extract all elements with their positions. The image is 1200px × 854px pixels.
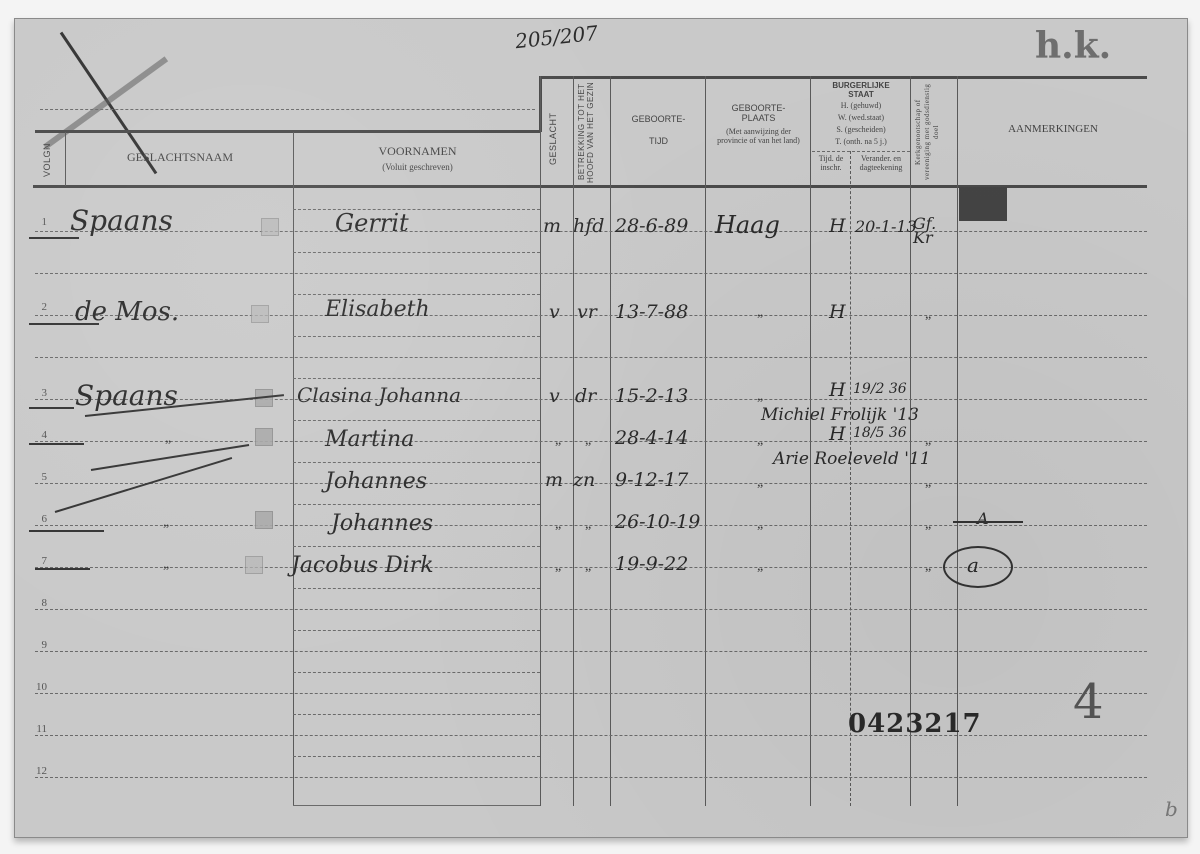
church-ditto: „ (925, 433, 931, 449)
header-bs-h: H. (gehuwd) (812, 101, 910, 110)
row-number: 3 (21, 387, 47, 399)
spouse-note: Michiel Frolijk '13 (761, 405, 919, 425)
header-geboorteplaats-2: PLAATS (707, 113, 810, 123)
relation: hfd (573, 215, 604, 237)
given-names: Martina (325, 427, 414, 452)
header-top-rule-left (35, 130, 541, 133)
birth-place-ditto: „ (757, 475, 763, 491)
header-top-rule-right (539, 76, 1147, 79)
birth-date: 15-2-13 (615, 385, 688, 407)
header-aanmerkingen: AANMERKINGEN (959, 124, 1147, 134)
header-geslacht: GESLACHT (549, 99, 563, 179)
given-names: Johannes (331, 511, 433, 536)
status-change-date: 20-1-13 (855, 217, 917, 236)
row-number: 4 (21, 429, 47, 441)
header-burgerlijke-staat-2: STAAT (812, 90, 910, 100)
stamp-box (261, 218, 279, 236)
header-bs-t: T. (onth. na 5 j.) (812, 137, 910, 146)
row-number: 11 (21, 723, 47, 735)
header-bs-tijd: Tijd. de inschr. (812, 154, 850, 172)
row-number: 7 (21, 555, 47, 567)
stamp-box (251, 305, 269, 323)
remark: a (967, 553, 979, 577)
header-bs-s: S. (gescheiden) (812, 125, 910, 134)
header-geboorteplaats-1: GEBOORTE- (707, 103, 810, 113)
relation: dr (575, 385, 596, 407)
church-ditto: „ (925, 559, 931, 575)
spouse-note: Arie Roeleveld '11 (773, 449, 931, 469)
margin-mark: 4 (1073, 674, 1104, 730)
status-change-date: 19/2 36 (853, 381, 907, 397)
header-geboortetijd-2: TIJD (612, 136, 705, 146)
birth-place-ditto: „ (757, 517, 763, 533)
birth-date: 28-6-89 (615, 215, 688, 237)
status-change-date: 18/5 36 (853, 425, 907, 441)
given-names: Clasina Johanna (297, 383, 461, 407)
header-bs-w: W. (wed.staat) (812, 113, 910, 122)
stamp-box (255, 428, 273, 446)
row-mark (29, 407, 74, 409)
given-names: Elisabeth (325, 297, 430, 322)
birth-place-ditto: „ (757, 305, 763, 321)
birth-date: 28-4-14 (615, 427, 688, 449)
relation-ditto: „ (585, 559, 591, 575)
header-kerkgenootschap: Kerkgenootschap of vereeniging met godsd… (914, 81, 954, 183)
row-mark (29, 237, 79, 239)
bs-subdivider (812, 151, 910, 152)
row-mark (29, 443, 84, 445)
stamp-box (255, 511, 273, 529)
church: Gf. Kr (913, 217, 953, 245)
marital-status: H (829, 215, 846, 237)
crossout-stroke (43, 56, 168, 149)
header-bs-verander: Verander. en dagteekening (852, 154, 910, 172)
birth-place: Haag (715, 211, 780, 239)
remark: A (977, 509, 989, 528)
sex: v (549, 385, 560, 407)
relation-ditto: „ (585, 433, 591, 449)
sex-ditto: „ (555, 517, 561, 533)
corner-mark: b (1165, 797, 1178, 821)
col-divider (65, 132, 66, 186)
header-volgnummer: VOLGN (43, 137, 57, 183)
birth-date: 26-10-19 (615, 511, 700, 533)
header-betrekking: BETREKKING TOT HET HOOFD VAN HET GEZIN (577, 81, 607, 183)
header-dotted-line (40, 109, 535, 110)
header-geslachtsnaam: GESLACHTSNAAM (67, 152, 293, 162)
remark-strike (953, 521, 1023, 523)
stamp-code: h.k. (1035, 25, 1111, 67)
header-geboorteplaats-sub: (Met aanwijzing der provincie of van het… (713, 127, 804, 145)
stamp-box (245, 556, 263, 574)
row-number: 9 (21, 639, 47, 651)
birth-date: 19-9-22 (615, 553, 688, 575)
surname-ditto: „ (163, 515, 169, 531)
church-ditto: „ (925, 517, 931, 533)
sex: v (549, 301, 560, 323)
marital-status: H (829, 301, 846, 323)
serial-number: 0423217 (848, 709, 982, 739)
birth-date: 13-7-88 (615, 301, 688, 323)
relation: zn (573, 469, 595, 491)
row-number: 1 (21, 216, 47, 228)
church-ditto: „ (925, 475, 931, 491)
sex-ditto: „ (555, 559, 561, 575)
row-number: 5 (21, 471, 47, 483)
surname: Spaans (70, 204, 173, 237)
marital-status: H (829, 423, 846, 445)
surname-ditto: „ (163, 557, 169, 573)
header-voornamen: VOORNAMEN (295, 146, 540, 156)
given-names: Gerrit (335, 209, 409, 237)
row-number: 6 (21, 513, 47, 525)
church-ditto: „ (925, 307, 931, 323)
strikethrough (91, 444, 249, 471)
ink-blot (959, 187, 1007, 221)
sex-ditto: „ (555, 433, 561, 449)
relation: vr (577, 301, 597, 323)
birth-place-ditto: „ (757, 433, 763, 449)
surname-ditto: „ (165, 431, 171, 447)
birth-place-ditto: „ (757, 389, 763, 405)
row-number: 10 (21, 681, 47, 693)
surname: de Mos. (75, 297, 179, 327)
col-divider (850, 151, 851, 806)
col-divider (293, 132, 294, 806)
header-geboortetijd-1: GEBOORTE- (612, 114, 705, 124)
marital-status: H (829, 379, 846, 401)
registration-card: 205/207 h.k. VOLGN GESLACHTSNAAM VOORNAM… (14, 18, 1188, 838)
strikethrough (55, 457, 233, 513)
row-mark (35, 568, 90, 570)
file-reference: 205/207 (514, 21, 599, 54)
given-names: Johannes (325, 469, 427, 494)
row-number: 12 (21, 765, 47, 777)
birth-date: 9-12-17 (615, 469, 688, 491)
row-number: 8 (21, 597, 47, 609)
given-names: Jacobus Dirk (291, 553, 434, 578)
row-mark (29, 530, 104, 532)
header-voornamen-sub: (Voluit geschreven) (295, 162, 540, 172)
sex: m (543, 215, 561, 237)
birth-place-ditto: „ (757, 559, 763, 575)
row-number: 2 (21, 301, 47, 313)
relation-ditto: „ (585, 517, 591, 533)
sex: m (545, 469, 563, 491)
